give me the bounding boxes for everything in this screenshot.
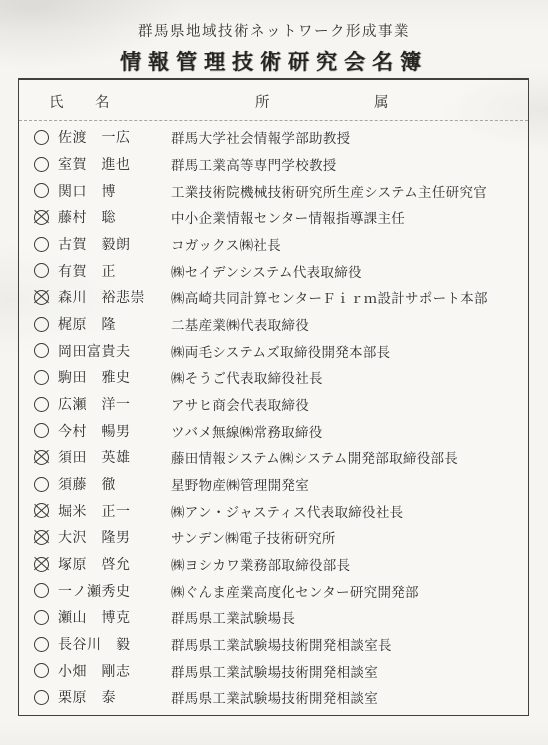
member-name: 大沢 隆男: [58, 527, 171, 547]
member-name: 瀬山 博克: [58, 607, 171, 627]
member-name: 小畑 剛志: [58, 661, 171, 681]
member-name: 梶原 隆: [58, 314, 171, 334]
member-name: 塚原 啓允: [58, 554, 171, 574]
member-name: 栗原 泰: [58, 687, 171, 707]
crossed-circle-mark: [34, 557, 49, 572]
member-affiliation: 群馬県工業試験場技術開発相談室: [171, 687, 528, 707]
member-affiliation: サンデン㈱電子技術研究所: [171, 527, 528, 547]
crossed-circle-mark: [34, 530, 49, 545]
circle-mark: [34, 157, 49, 172]
table-row: 関口 博工業技術院機械技術研究所生産システム主任研究官: [19, 178, 528, 204]
member-affiliation: 群馬大学社会情報学部助教授: [171, 127, 528, 147]
member-name: 室賀 進也: [58, 154, 171, 174]
table-header: 氏 名 所 属: [19, 80, 528, 121]
member-affiliation: 群馬工業高等専門学校教授: [171, 154, 528, 174]
circle-mark: [34, 690, 49, 705]
table-row: 岡田富貴夫㈱両毛システムズ取締役開発本部長: [19, 338, 528, 364]
member-name: 藤村 聡: [58, 207, 171, 227]
member-affiliation: ㈱高崎共同計算センターＦｉｒｍ設計サポート本部: [171, 287, 528, 307]
member-name: 堀米 正一: [58, 501, 171, 521]
table-row: 古賀 毅朗コガックス㈱社長: [19, 231, 528, 257]
member-name: 佐渡 一広: [58, 127, 171, 147]
crossed-circle-mark: [34, 503, 49, 518]
circle-mark: [34, 183, 49, 198]
member-name: 須田 英雄: [58, 447, 171, 467]
member-affiliation: 星野物産㈱管理開発室: [171, 474, 528, 494]
table-row: 瀬山 博克群馬県工業試験場長: [19, 604, 528, 630]
table-row: 一ノ瀬秀史㈱ぐんま産業高度化センター研究開発部: [19, 578, 528, 604]
member-affiliation: 二基産業㈱代表取締役: [171, 314, 528, 334]
member-name: 森川 裕悲崇: [58, 287, 171, 307]
table-row: 有賀 正㈱セイデンシステム代表取締役: [19, 258, 528, 284]
table-row: 大沢 隆男サンデン㈱電子技術研究所: [19, 524, 528, 550]
member-rows: 佐渡 一広群馬大学社会情報学部助教授室賀 進也群馬工業高等専門学校教授関口 博工…: [19, 121, 528, 713]
table-row: 須藤 徹星野物産㈱管理開発室: [19, 471, 528, 497]
circle-mark: [34, 610, 49, 625]
circle-mark: [34, 477, 49, 492]
member-affiliation: アサヒ商会代表取締役: [171, 394, 528, 414]
member-affiliation: 群馬県工業試験場技術開発相談室: [171, 661, 528, 681]
member-affiliation: 群馬県工業試験場長: [171, 607, 528, 627]
circle-mark: [34, 237, 49, 252]
table-row: 長谷川 毅群馬県工業試験場技術開発相談室長: [19, 631, 528, 657]
table-row: 須田 英雄藤田情報システム㈱システム開発部取締役部長: [19, 444, 528, 470]
member-affiliation: ㈱そうご代表取締役社長: [171, 367, 528, 387]
header-name-char-1: 氏: [49, 91, 64, 112]
document-title-block: 群馬県地域技術ネットワーク形成事業 情報管理技術研究会名簿: [0, 20, 548, 76]
member-name: 須藤 徹: [58, 474, 171, 494]
header-affiliation-char-1: 所: [255, 91, 270, 112]
crossed-circle-mark: [34, 290, 49, 305]
circle-mark: [34, 317, 49, 332]
member-affiliation: コガックス㈱社長: [171, 234, 528, 254]
table-row: 栗原 泰群馬県工業試験場技術開発相談室: [19, 684, 528, 710]
project-title: 群馬県地域技術ネットワーク形成事業: [0, 20, 548, 41]
roster-table: 氏 名 所 属 佐渡 一広群馬大学社会情報学部助教授室賀 進也群馬工業高等専門学…: [18, 78, 529, 716]
member-name: 有賀 正: [58, 261, 171, 281]
member-name: 岡田富貴夫: [58, 341, 171, 361]
circle-mark: [34, 263, 49, 278]
header-affiliation-char-2: 属: [374, 91, 389, 112]
table-row: 堀米 正一㈱アン・ジャスティス代表取締役社長: [19, 498, 528, 524]
crossed-circle-mark: [34, 450, 49, 465]
member-name: 古賀 毅朗: [58, 234, 171, 254]
table-row: 今村 暢男ツバメ無線㈱常務取締役: [19, 418, 528, 444]
circle-mark: [34, 397, 49, 412]
scanned-document-page: 群馬県地域技術ネットワーク形成事業 情報管理技術研究会名簿 氏 名 所 属 佐渡…: [0, 0, 548, 745]
member-affiliation: 工業技術院機械技術研究所生産システム主任研究官: [171, 181, 528, 201]
member-affiliation: ㈱セイデンシステム代表取締役: [171, 261, 528, 281]
circle-mark: [34, 130, 49, 145]
member-name: 広瀬 洋一: [58, 394, 171, 414]
circle-mark: [34, 343, 49, 358]
circle-mark: [34, 370, 49, 385]
member-affiliation: 群馬県工業試験場技術開発相談室長: [171, 634, 528, 654]
member-name: 長谷川 毅: [58, 634, 171, 654]
member-name: 駒田 雅史: [58, 367, 171, 387]
member-affiliation: 中小企業情報センター情報指導課主任: [171, 207, 528, 227]
circle-mark: [34, 663, 49, 678]
header-name-char-2: 名: [95, 91, 110, 112]
member-name: 今村 暢男: [58, 421, 171, 441]
table-row: 駒田 雅史㈱そうご代表取締役社長: [19, 364, 528, 390]
member-affiliation: ツバメ無線㈱常務取締役: [171, 421, 528, 441]
document-title: 情報管理技術研究会名簿: [0, 46, 548, 76]
member-affiliation: 藤田情報システム㈱システム開発部取締役部長: [171, 447, 528, 467]
table-row: 佐渡 一広群馬大学社会情報学部助教授: [19, 124, 528, 150]
circle-mark: [34, 583, 49, 598]
table-row: 広瀬 洋一アサヒ商会代表取締役: [19, 391, 528, 417]
table-row: 室賀 進也群馬工業高等専門学校教授: [19, 151, 528, 177]
crossed-circle-mark: [34, 210, 49, 225]
member-affiliation: ㈱ヨシカワ業務部取締役部長: [171, 554, 528, 574]
member-name: 関口 博: [58, 181, 171, 201]
circle-mark: [34, 637, 49, 652]
member-affiliation: ㈱アン・ジャスティス代表取締役社長: [171, 501, 528, 521]
table-row: 森川 裕悲崇㈱高崎共同計算センターＦｉｒｍ設計サポート本部: [19, 284, 528, 310]
member-affiliation: ㈱ぐんま産業高度化センター研究開発部: [171, 581, 528, 601]
member-affiliation: ㈱両毛システムズ取締役開発本部長: [171, 341, 528, 361]
circle-mark: [34, 423, 49, 438]
table-row: 藤村 聡中小企業情報センター情報指導課主任: [19, 204, 528, 230]
table-row: 塚原 啓允㈱ヨシカワ業務部取締役部長: [19, 551, 528, 577]
member-name: 一ノ瀬秀史: [58, 581, 171, 601]
table-row: 小畑 剛志群馬県工業試験場技術開発相談室: [19, 658, 528, 684]
table-row: 梶原 隆二基産業㈱代表取締役: [19, 311, 528, 337]
